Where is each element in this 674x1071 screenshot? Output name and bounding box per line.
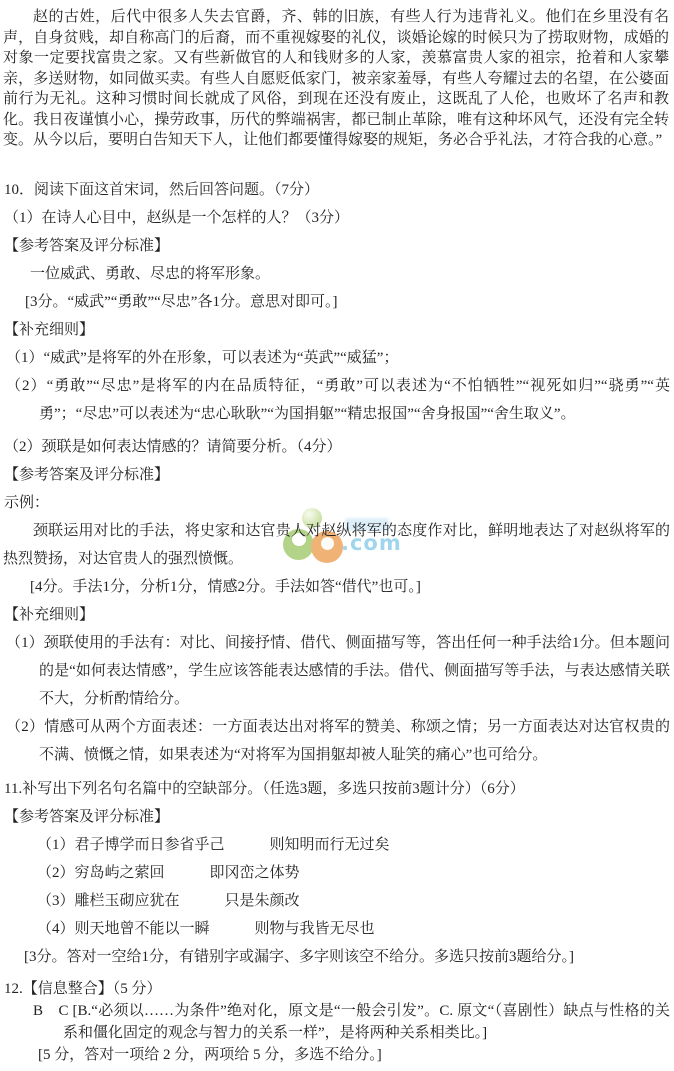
q10-part2-question: （2）颈联是如何表达情感的？请简要分析。（4分） bbox=[4, 433, 670, 461]
q10-part1-ref-header: 【参考答案及评分标准】 bbox=[4, 232, 670, 260]
q11-scoring: [3分。答对一空给1分，有错别字或漏字、多字则该空不给分。多选只按前3题给分。] bbox=[24, 943, 670, 971]
q11-answer-item: （1）君子博学而日参省乎己 则知明而行无过矣 bbox=[37, 831, 670, 859]
q10-part2-supp-item: （1）颈联使用的手法有：对比、间接抒情、借代、侧面描写等，答出任何一种手法给1分… bbox=[3, 629, 670, 713]
question-11-block: 11.补写出下列名句名篇中的空缺部分。（任选3题，多选只按前3题计分）（6分） … bbox=[3, 775, 670, 971]
q12-header: 12.【信息整合】（5 分） bbox=[4, 978, 670, 1000]
q11-answer-item: （3）雕栏玉砌应犹在 只是朱颜改 bbox=[37, 887, 670, 915]
q10-part2-supp-header: 【补充细则】 bbox=[4, 601, 670, 629]
intro-paragraph: 赵的古姓，后代中很多人失去官爵，齐、韩的旧族，有些人行为违背礼义。他们在乡里没有… bbox=[3, 7, 669, 151]
q11-ref-header: 【参考答案及评分标准】 bbox=[4, 803, 670, 831]
q10-part1-answer: 一位威武、勇敢、尽忠的将军形象。 bbox=[30, 260, 670, 288]
q10-part1-supp-item: （2）“勇敢”“尽忠”是将军的内在品质特征，“勇敢”可以表述为“不怕牺牲”“视死… bbox=[3, 372, 670, 428]
q10-part1-supp-item: （1）“威武”是将军的外在形象，可以表述为“英武”“威猛”； bbox=[3, 344, 670, 372]
q12-answer: B C [B.“必须以……为条件”绝对化，原文是“一般会引发”。C. 原文“（喜… bbox=[3, 1000, 670, 1044]
q10-part1-question: （1）在诗人心目中，赵纵是一个怎样的人？（3分） bbox=[4, 204, 670, 232]
document-content: 赵的古姓，后代中很多人失去官爵，齐、韩的旧族，有些人行为违背礼义。他们在乡里没有… bbox=[3, 7, 670, 1066]
q10-header: 10．阅读下面这首宋词，然后回答问题。（7分） bbox=[4, 176, 670, 204]
question-12-block: 12.【信息整合】（5 分） B C [B.“必须以……为条件”绝对化，原文是“… bbox=[3, 978, 670, 1066]
q11-answer-item: （4）则天地曾不能以一瞬 则物与我皆无尽也 bbox=[37, 915, 670, 943]
q11-header: 11.补写出下列名句名篇中的空缺部分。（任选3题，多选只按前3题计分）（6分） bbox=[4, 775, 670, 803]
q10-part2-scoring: [4分。手法1分，分析1分，情感2分。手法如答“借代”也可。] bbox=[30, 573, 670, 601]
q12-scoring: [5 分，答对一项给 2 分，两项给 5 分，多选不给分。] bbox=[38, 1044, 670, 1066]
q10-part2-example-label: 示例： bbox=[4, 489, 670, 517]
q10-part2-block: （2）颈联是如何表达情感的？请简要分析。（4分） 【参考答案及评分标准】 示例：… bbox=[3, 433, 670, 769]
q10-part1-supp-header: 【补充细则】 bbox=[4, 316, 670, 344]
answer-key-page: .com 赵的古姓，后代中很多人失去官爵，齐、韩的旧族，有些人行为违背礼义。他们… bbox=[0, 0, 674, 1071]
q10-part1-scoring: [3分。“威武”“勇敢”“尽忠”各1分。意思对即可。] bbox=[25, 288, 670, 316]
q10-part2-answer: 颈联运用对比的手法，将史家和达官贵人对赵纵将军的态度作对比，鲜明地表达了对赵纵将… bbox=[3, 517, 670, 573]
q11-answer-item: （2）穷岛屿之萦回 即冈峦之体势 bbox=[37, 859, 670, 887]
question-10-block: 10．阅读下面这首宋词，然后回答问题。（7分） （1）在诗人心目中，赵纵是一个怎… bbox=[3, 176, 670, 769]
q10-part2-ref-header: 【参考答案及评分标准】 bbox=[4, 461, 670, 489]
q10-part2-supp-item: （2）情感可从两个方面表述：一方面表达出对将军的赞美、称颂之情；另一方面表达对达… bbox=[3, 713, 670, 769]
